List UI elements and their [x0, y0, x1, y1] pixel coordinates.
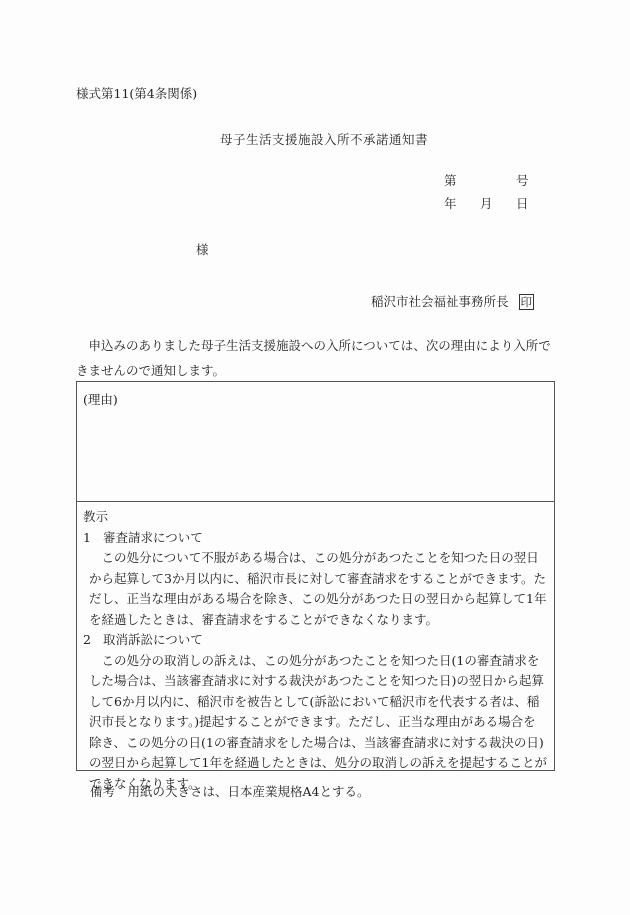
sender: 稲沢市社会福祉事務所長印 [371, 292, 534, 310]
seal-stamp: 印 [519, 294, 535, 310]
notice-item-2-body: この処分の取消しの訴えは、この処分があつたことを知つた日(1の審査請求をした場合… [83, 651, 548, 795]
document-title: 母子生活支援施設入所不承諾通知書 [220, 130, 428, 148]
date-day: 日 [516, 194, 529, 212]
number-suffix: 号 [516, 171, 529, 189]
addressee-suffix: 様 [196, 240, 209, 258]
intro-text: 申込みのありました母子生活支援施設への入所については、次の理由により入所できませ… [76, 333, 556, 383]
notice-item-1-title: 1審査請求について [83, 528, 548, 549]
notice-item-1-body: この処分について不服がある場合は、この処分があつたことを知つた日の翌日から起算し… [83, 548, 548, 630]
footnote: 備考 用紙の大きさは、日本産業規格A4とする。 [90, 782, 369, 800]
date-month: 月 [480, 194, 493, 212]
sender-name: 稲沢市社会福祉事務所長 [371, 294, 509, 309]
notice-heading: 教示 [83, 507, 548, 528]
reason-label: (理由) [83, 390, 118, 408]
reason-area: (理由) [77, 382, 554, 502]
date-year: 年 [444, 194, 457, 212]
form-number: 様式第11(第4条関係) [76, 84, 197, 102]
notice-area: 教示 1審査請求について この処分について不服がある場合は、この処分があつたこと… [83, 507, 548, 794]
reason-and-notice-box: (理由) 教示 1審査請求について この処分について不服がある場合は、この処分が… [76, 381, 555, 771]
notice-item-2-title: 2取消訴訟について [83, 630, 548, 651]
number-prefix: 第 [444, 171, 457, 189]
